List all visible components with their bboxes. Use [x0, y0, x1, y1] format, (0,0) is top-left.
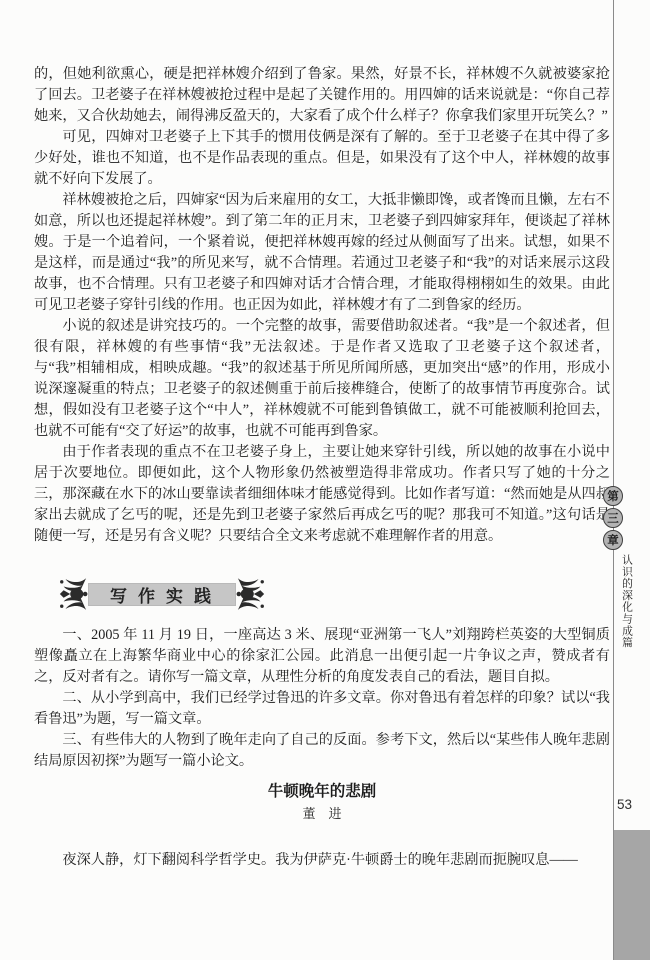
essay-title: 牛顿晚年的悲剧	[34, 781, 610, 803]
article-paragraph: 祥林嫂被抢之后，四婶家“因为后来雇用的女工，大抵非懒即馋，或者馋而且懒，左右不如…	[34, 190, 610, 316]
section-header: 写作实践	[58, 575, 266, 613]
practice-item: 三、有些伟大的人物到了晚年走向了自己的反面。参考下文，然后以“某些伟人晚年悲剧结…	[34, 730, 610, 772]
chapter-title-vertical: 认识的深化与成篇	[620, 554, 635, 664]
chapter-badge-char: 三	[603, 508, 623, 528]
floral-ornament-icon	[58, 575, 88, 613]
chapter-badge-char: 第	[603, 486, 623, 506]
section-header-title: 写作实践	[110, 582, 222, 607]
section-header-band: 写作实践	[88, 583, 236, 606]
essay-opening-paragraph: 夜深人静，灯下翻阅科学哲学史。我为伊萨克·牛顿爵士的晚年悲剧而扼腕叹息——	[34, 850, 610, 871]
article-paragraph: 由于作者表现的重点不在卫老婆子身上，主要让她来穿针引线，所以她的故事在小说中居于…	[34, 442, 610, 547]
chapter-badge: 第 三 章	[603, 486, 623, 552]
practice-item: 一、2005 年 11 月 19 日，一座高达 3 米、展现“亚洲第一飞人”刘翔…	[34, 625, 610, 688]
article-paragraph: 可见，四婶对卫老婆子上下其手的惯用伎俩是深有了解的。至于卫老婆子在其中得了多少好…	[34, 127, 610, 190]
textbook-page: 的，但她利欲熏心，硬是把祥林嫂介绍到了鲁家。果然，好景不长，祥林嫂不久就被婆家抢…	[0, 0, 650, 960]
article-paragraph: 小说的叙述是讲究技巧的。一个完整的故事，需要借助叙述者。“我”是一个叙述者，但很…	[34, 316, 610, 442]
spine-divider-line	[613, 0, 614, 960]
practice-item: 二、从小学到高中，我们已经学过鲁迅的许多文章。你对鲁迅有着怎样的印象？试以“我看…	[34, 688, 610, 730]
floral-ornament-icon	[236, 575, 266, 613]
page-number: 53	[617, 797, 632, 812]
essay-author: 董 进	[34, 803, 610, 824]
article-paragraph: 的，但她利欲熏心，硬是把祥林嫂介绍到了鲁家。果然，好景不长，祥林嫂不久就被婆家抢…	[34, 64, 610, 127]
main-column: 的，但她利欲熏心，硬是把祥林嫂介绍到了鲁家。果然，好景不长，祥林嫂不久就被婆家抢…	[34, 64, 610, 871]
corner-gray-block	[614, 830, 650, 960]
chapter-badge-char: 章	[603, 530, 623, 550]
